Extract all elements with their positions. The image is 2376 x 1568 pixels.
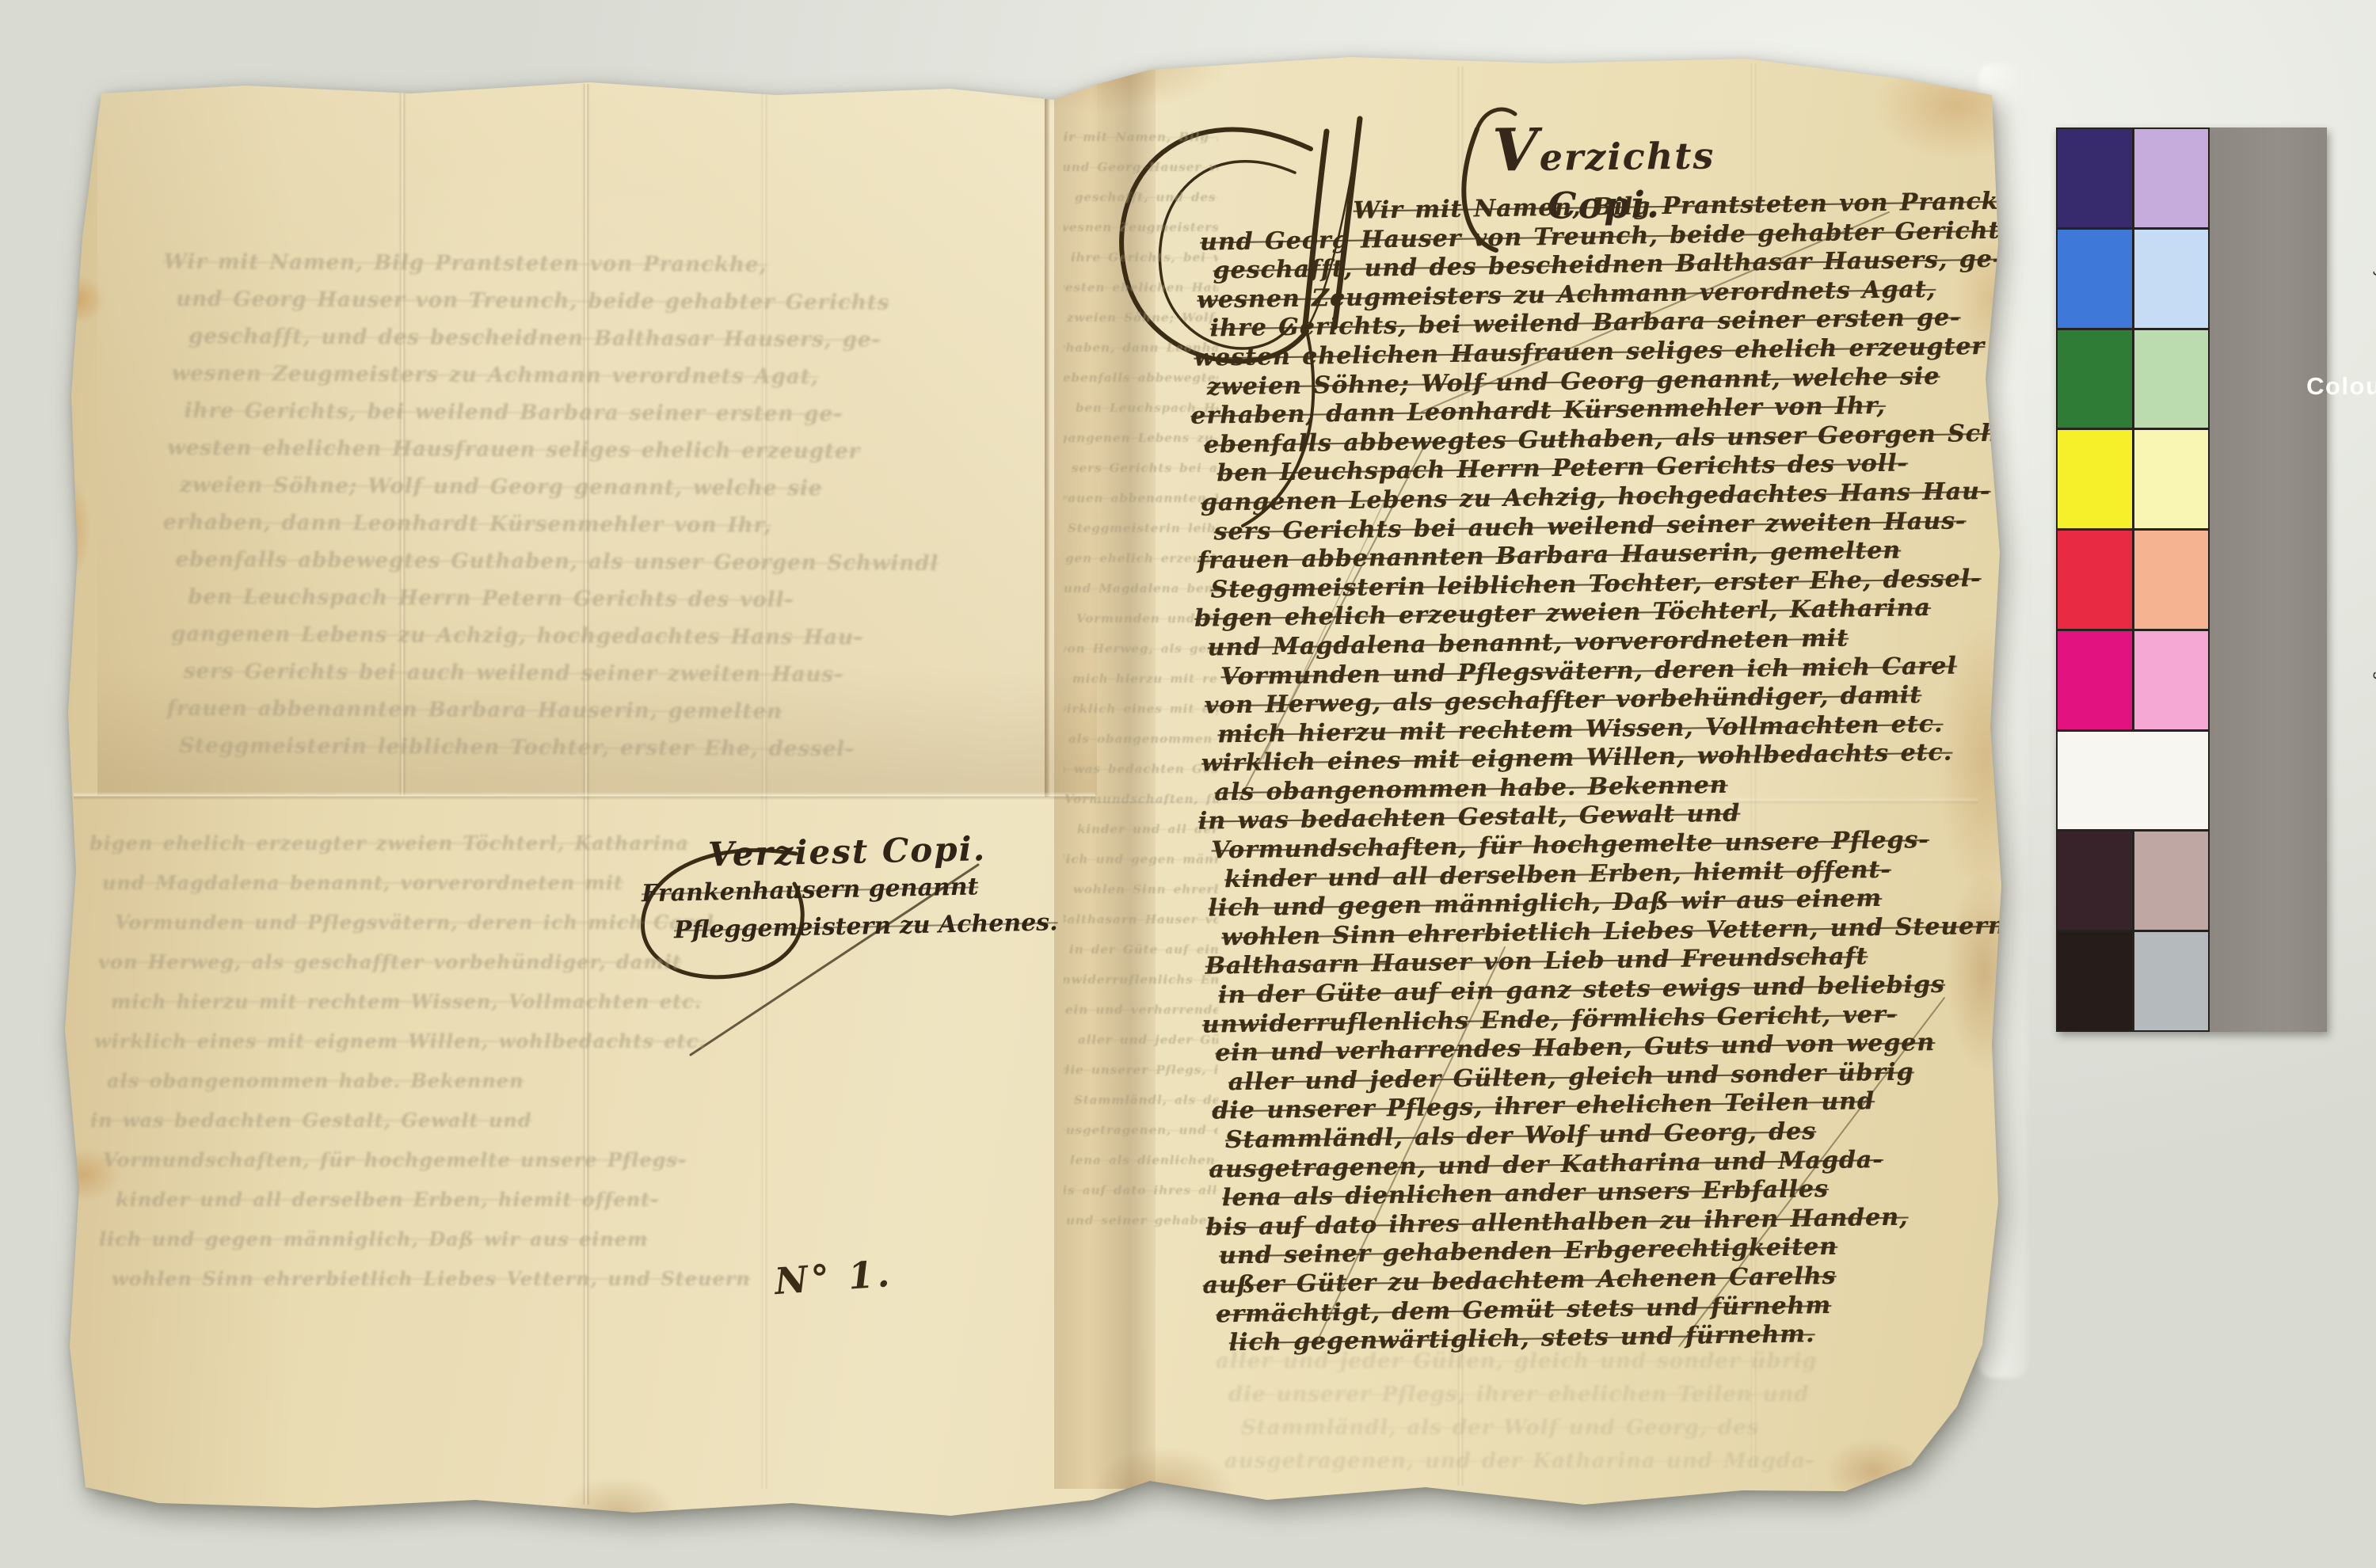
handwritten-line: sers Gerichts bei auch weilend seiner zw… — [184, 653, 825, 694]
swatch-yellow-pale — [2134, 430, 2209, 528]
handwritten-line: geschafft, und des bescheidnen Balthasar… — [188, 318, 827, 359]
chart-label-yellow: Yellow — [2366, 429, 2376, 530]
chart-label-black: Black — [2366, 931, 2376, 1032]
swatch-red-pale — [2134, 531, 2209, 629]
handwritten-line: ihre Gerichts, bei weilend Barbara seine… — [184, 393, 826, 433]
chart-label-3/color: 3/Color — [2366, 831, 2376, 931]
chart-label-red: Red — [2366, 530, 2376, 630]
handwritten-line: als obangenommen habe. Bekennen — [1068, 724, 1218, 754]
handwritten-line: unwiderruflenlichs Ende, förmlichs Geric… — [1064, 965, 1218, 995]
handwritten-line: wirklich eines mit eignem Willen, wohlbe… — [1064, 694, 1218, 724]
photo-stage: Wir mit Namen, Bilg Prantsteten von Pran… — [0, 0, 2376, 1568]
handwritten-line: und Magdalena benannt, vorverordneten mi… — [1064, 573, 1218, 603]
handwritten-line: wesnen Zeugmeisters zu Achmann verordnet… — [1064, 212, 1218, 242]
swatch-blue-pale — [2134, 129, 2209, 227]
handwritten-line: Vormundschaften, für hochgemelte unsere … — [1064, 784, 1218, 814]
handwritten-line: bigen ehelich erzeugter zweien Töchterl,… — [1064, 543, 1218, 573]
bleedthrough-text-block: Wir mit Namen, Bilg Prantsteten von Pran… — [175, 244, 827, 768]
handwritten-line: ihre Gerichts, bei weilend Barbara seine… — [1071, 242, 1218, 272]
handwritten-line: zweien Söhne; Wolf und Georg genannt, we… — [1067, 303, 1218, 333]
swatch-green-strong — [2058, 330, 2132, 428]
handwritten-line: bis auf dato ihres allenthalben zu ihren… — [1064, 1175, 1218, 1205]
handwritten-line: ben Leuchspach Herrn Petern Gerichts des… — [188, 579, 825, 619]
handwritten-line: frauen abbenannten Barbara Hauserin, gem… — [167, 691, 825, 731]
handwritten-line: westen ehelichen Hausfrauen seliges ehel… — [167, 430, 826, 470]
handwritten-line: erhaben, dann Leonhardt Kürsenmehler von… — [163, 504, 826, 545]
bleedthrough-text-block: aller und jeder Gülten, gleich und sonde… — [1230, 1345, 1879, 1478]
handwritten-line: mich hierzu mit rechtem Wissen, Vollmach… — [1072, 664, 1218, 694]
handwritten-line: kinder und all derselben Erben, hiemit o… — [116, 1180, 587, 1220]
swatch-3/color-strong — [2058, 832, 2132, 930]
handwritten-line: Vormunden und Pflegsvätern, deren ich mi… — [115, 903, 587, 942]
handwritten-line: Wir mit Namen, Bilg Prantsteten von Pran… — [163, 244, 827, 284]
swatch-green-pale — [2134, 330, 2209, 428]
handwritten-line: ebenfalls abbewegtes Guthaben, als unser… — [176, 542, 826, 582]
left-page-annotation: Verziest Copi. Frankenhausern genannt Pf… — [641, 827, 1118, 950]
bleedthrough-text-column: Wir mit Namen, Bilg Prantsteten von Pran… — [1064, 122, 1218, 1246]
handwritten-line: westen ehelichen Hausfrauen seliges ehel… — [1064, 272, 1218, 303]
document-paper: Wir mit Namen, Bilg Prantsteten von Pran… — [59, 46, 2004, 1531]
swatch-yellow-strong — [2058, 430, 2132, 528]
handwritten-line: und Georg Hauser von Treunch, beide geha… — [176, 281, 827, 322]
swatch-white — [2058, 732, 2208, 830]
swatch-red-strong — [2058, 531, 2132, 629]
handwritten-line: von Herweg, als geschaffter vorbehündige… — [98, 942, 587, 982]
handwritten-line: ausgetragenen, und der Katharina und Mag… — [1224, 1444, 1879, 1478]
chart-strip: Colour Chart #13 Centimetres Inches 1234… — [2210, 127, 2327, 1032]
swatch-black-strong — [2058, 932, 2132, 1030]
colour-calibration-chart: Colour Chart #13 Centimetres Inches 1234… — [2056, 127, 2327, 1032]
handwritten-line: ausgetragenen, und der Katharina und Mag… — [1064, 1115, 1218, 1145]
fold-crease-horizontal — [74, 792, 1095, 800]
swatch-magenta-strong — [2058, 631, 2132, 729]
handwritten-line: ein und verharrendes Haben, Guts und von… — [1065, 995, 1218, 1025]
handwritten-line: bigen ehelich erzeugter zweien Töchterl,… — [89, 824, 587, 863]
handwritten-line: gangenen Lebens zu Achzig, hochgedachtes… — [171, 616, 825, 657]
chart-label-white: White — [2366, 730, 2376, 831]
swatch-magenta-pale — [2134, 631, 2209, 729]
swatch-black-pale — [2134, 932, 2209, 1030]
handwritten-line: die unserer Pflegs, ihrer ehelichen Teil… — [1064, 1055, 1218, 1085]
handwritten-line: sers Gerichts bei auch weilend seiner zw… — [1072, 453, 1218, 483]
swatch-3/color-pale — [2134, 832, 2209, 930]
handwritten-line: Stammländl, als der Wolf und Georg, des — [1241, 1411, 1879, 1444]
swatch-cyan-pale — [2134, 230, 2209, 328]
swatch-blue-strong — [2058, 129, 2132, 227]
handwritten-line: von Herweg, als geschaffter vorbehündige… — [1064, 634, 1218, 664]
handwritten-line: Stammländl, als der Wolf und Georg, des — [1074, 1085, 1218, 1115]
handwritten-line: wirklich eines mit eignem Willen, wohlbe… — [94, 1022, 587, 1061]
swatch-cyan-strong — [2058, 230, 2132, 328]
handwritten-line: und Georg Hauser von Treunch, beide geha… — [1064, 152, 1218, 182]
manuscript-body: Wir mit Namen, Bilg Prantsteten von Pran… — [1201, 188, 2022, 1359]
handwritten-line: Wir mit Namen, Bilg Prantsteten von Pran… — [1064, 122, 1218, 152]
document-number: N° 1. — [773, 1252, 893, 1303]
chart-label-blue: Blue — [2366, 127, 2376, 228]
bleedthrough-text-block: bigen ehelich erzeugter zweien Töchterl,… — [104, 824, 587, 1299]
handwritten-line: Steggmeisterin leiblichen Tochter, erste… — [179, 728, 824, 768]
handwritten-line: aller und jeder Gülten, gleich und sonde… — [1078, 1025, 1218, 1055]
handwritten-line: Vormundschaften, für hochgemelte unsere … — [103, 1140, 587, 1180]
handwritten-line: in was bedachten Gestalt, Gewalt und — [90, 1101, 587, 1140]
handwritten-line: lena als dienlichen ander unsers Erbfall… — [1070, 1145, 1218, 1175]
handwritten-line: Steggmeisterin leiblichen Tochter, erste… — [1068, 513, 1218, 543]
handwritten-line: wesnen Zeugmeisters zu Achmann verordnet… — [172, 356, 827, 396]
handwritten-line: frauen abbenannten Barbara Hauserin, gem… — [1064, 483, 1218, 513]
chart-label-green: Green — [2366, 329, 2376, 429]
handwritten-line: und seiner gehabenden Erbgerechtigkeiten — [1066, 1205, 1218, 1235]
handwritten-line: als obangenommen habe. Bekennen — [107, 1061, 587, 1101]
handwritten-line: in was bedachten Gestalt, Gewalt und — [1064, 754, 1218, 784]
swatch-grid — [2056, 127, 2210, 1032]
handwritten-line: wohlen Sinn ehrerbietlich Liebes Vettern… — [112, 1259, 587, 1299]
handwritten-line: und Magdalena benannt, vorverordneten mi… — [102, 863, 587, 903]
chart-label-cyan: Cyan — [2366, 228, 2376, 329]
handwritten-line: geschafft, und des bescheidnen Balthasar… — [1075, 182, 1218, 212]
handwritten-line: lich und gegen männiglich, Daß wir aus e… — [99, 1220, 587, 1259]
flap-sheet-edge — [1045, 87, 1050, 797]
handwritten-line: die unserer Pflegs, ihrer ehelichen Teil… — [1228, 1378, 1879, 1411]
handwritten-line: zweien Söhne; Wolf und Georg genannt, we… — [180, 467, 826, 508]
handwritten-line: mich hierzu mit rechtem Wissen, Vollmach… — [111, 982, 587, 1022]
chart-label-magenta: Magenta — [2366, 630, 2376, 730]
document-paper-wrap: Wir mit Namen, Bilg Prantsteten von Pran… — [0, 0, 2376, 1568]
